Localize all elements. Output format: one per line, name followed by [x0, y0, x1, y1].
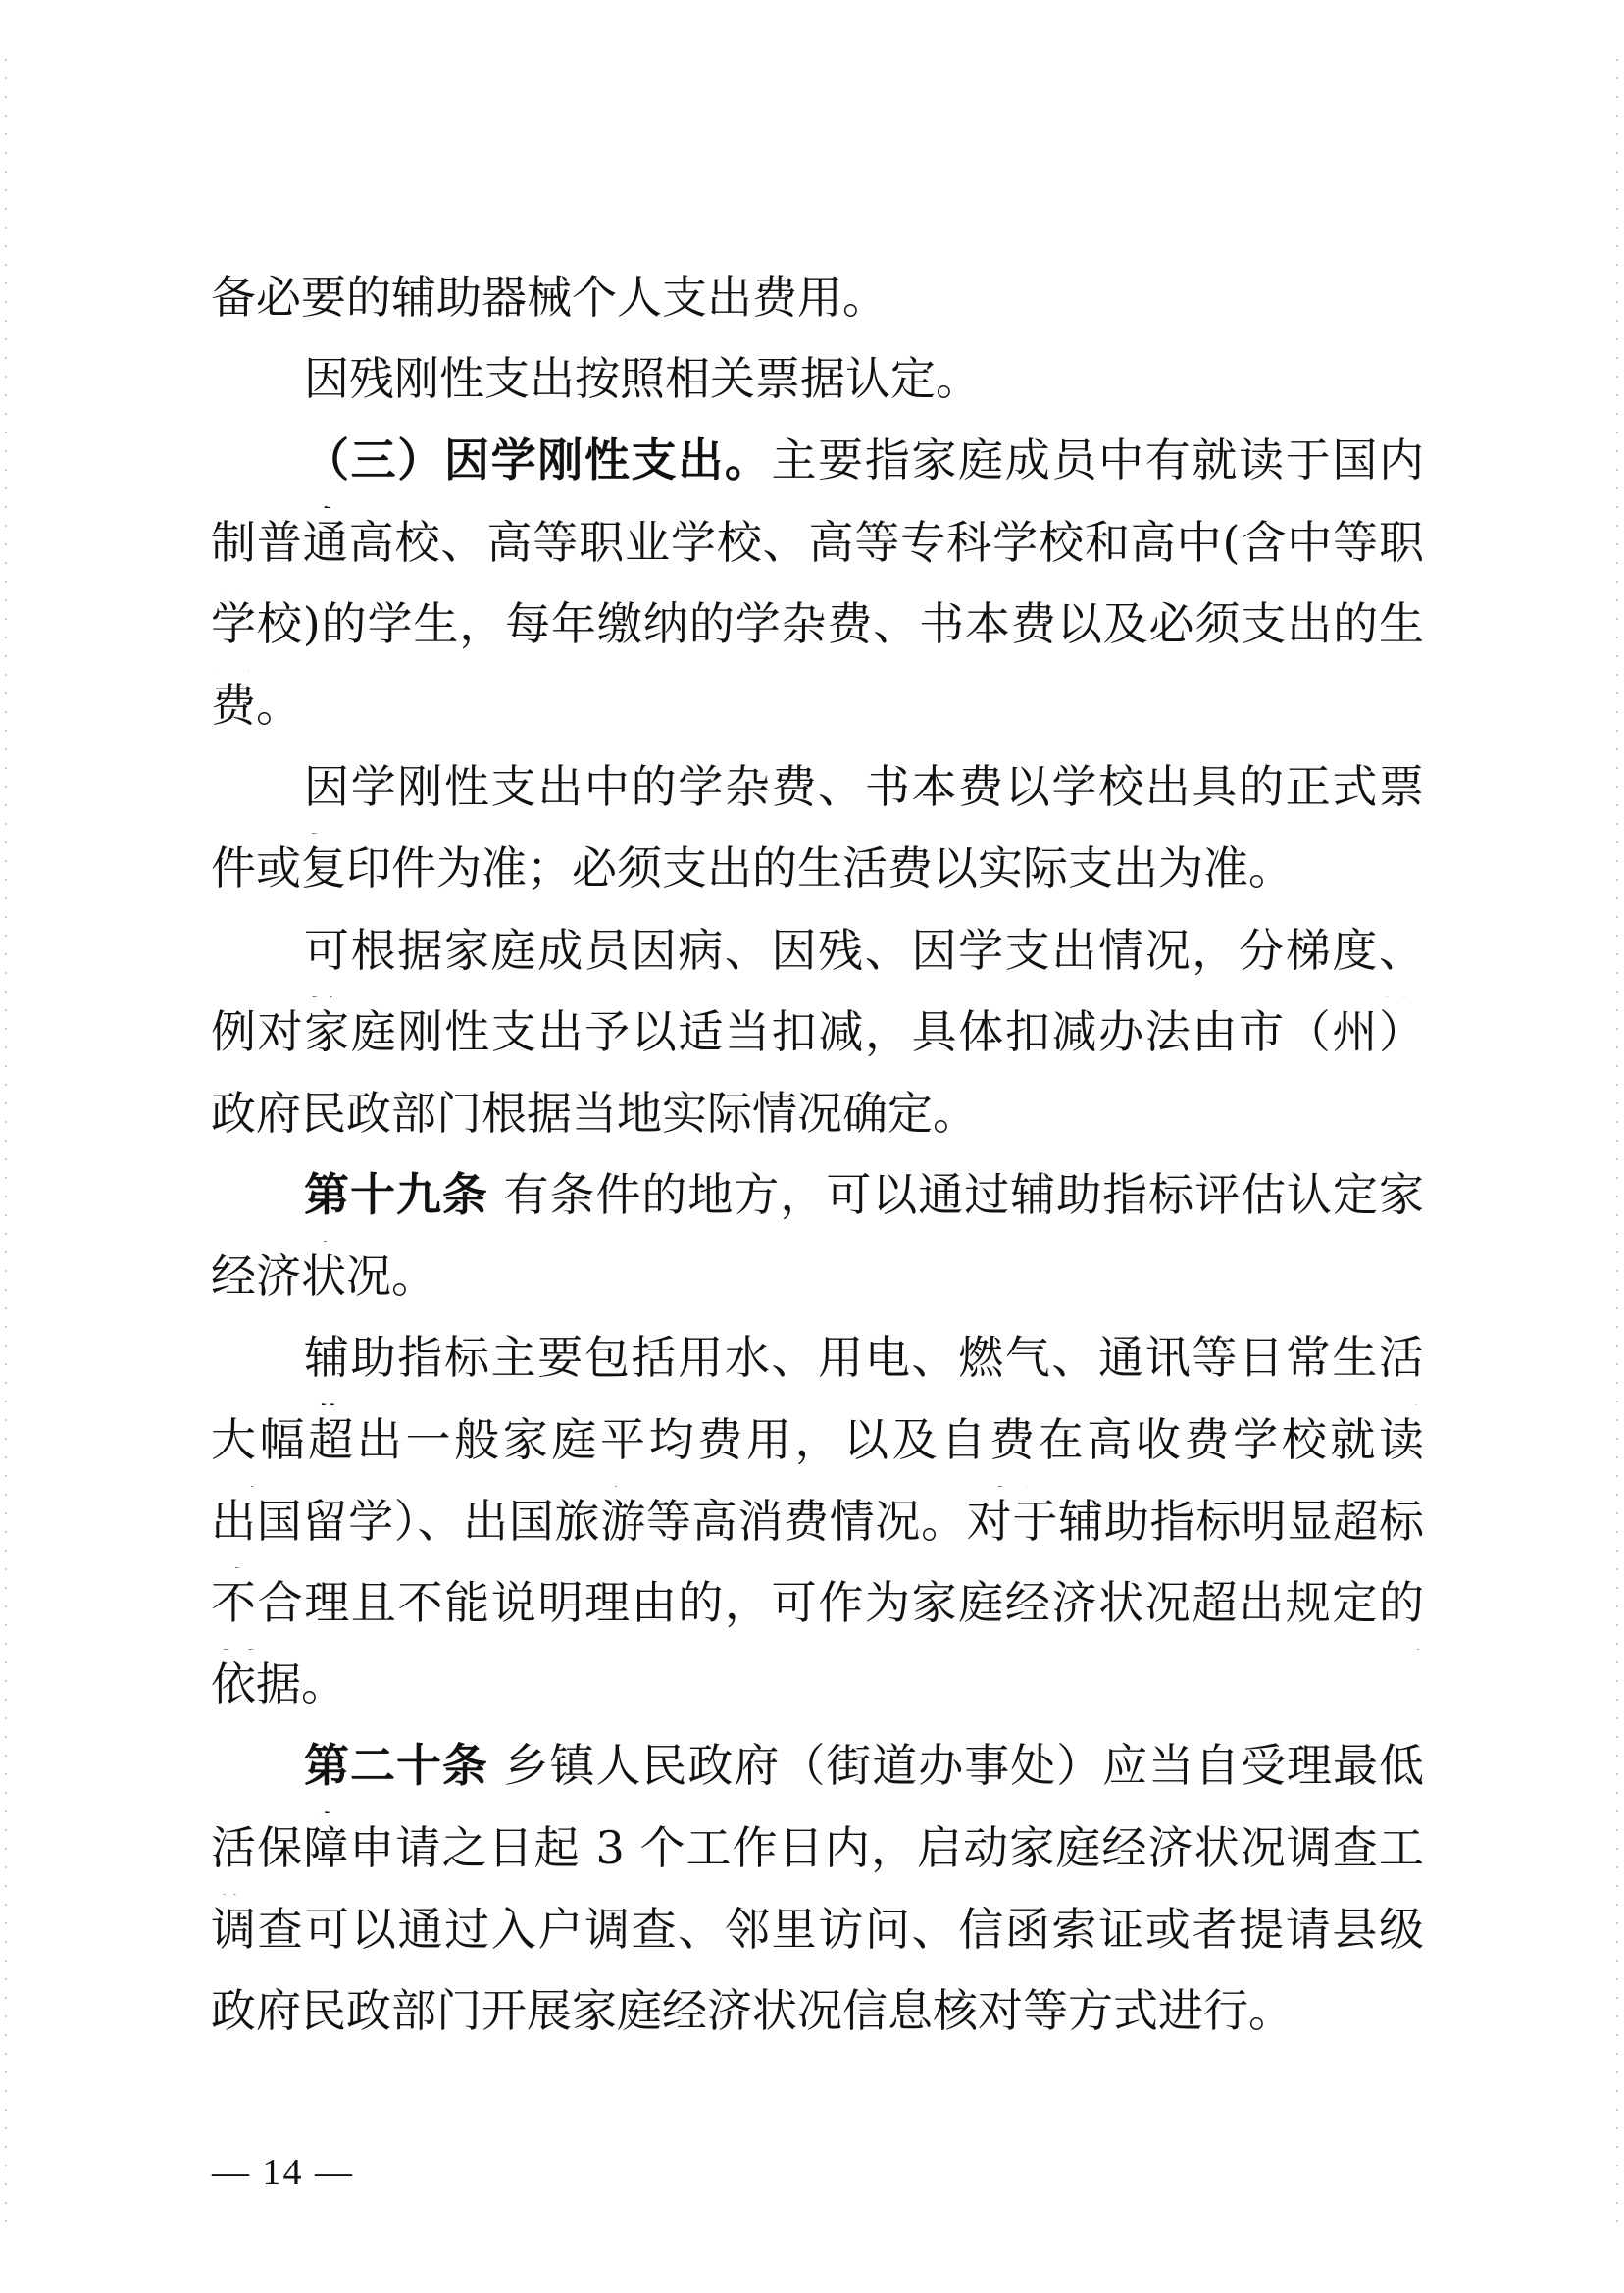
section-heading: （三）因学刚性支出。 [304, 433, 772, 486]
scan-edge-artifact-right [1616, 59, 1618, 2236]
paragraph-line: 件或复印件为准；必须支出的生活费以实际支出为准。 [211, 834, 1424, 915]
paragraph-line: 经济状况。 [211, 1242, 1424, 1323]
paragraph-line: 费。 [211, 671, 1424, 752]
paragraph-line: 不合理且不能说明理由的，可作为家庭经济状况超出规定的判断 [211, 1568, 1424, 1650]
paragraph-line: 政府民政部门开展家庭经济状况信息核对等方式进行。 [211, 1976, 1424, 2058]
paragraph-line: 可根据家庭成员因病、因残、因学支出情况，分梯度、按比 [211, 916, 1424, 997]
paragraph-line: 例对家庭刚性支出予以适当扣减，具体扣减办法由市（州）人民 [211, 997, 1424, 1079]
document-body: 备必要的辅助器械个人支出费用。 因残刚性支出按照相关票据认定。 （三）因学刚性支… [211, 263, 1424, 2058]
paragraph-line: 政府民政部门根据当地实际情况确定。 [211, 1079, 1424, 1160]
paragraph-line: 因残刚性支出按照相关票据认定。 [211, 344, 1424, 426]
paragraph-line: 因学刚性支出中的学杂费、书本费以学校出具的正式票据原 [211, 752, 1424, 834]
paragraph-line: 备必要的辅助器械个人支出费用。 [211, 263, 1424, 344]
scan-edge-artifact-left [5, 59, 7, 2236]
section-heading-line: （三）因学刚性支出。主要指家庭成员中有就读于国内全日 [211, 426, 1424, 507]
article-number: 第二十条 [304, 1739, 488, 1792]
article-number: 第十九条 [304, 1168, 488, 1221]
article-heading-line: 第二十条 乡镇人民政府（街道办事处）应当自受理最低生 [211, 1731, 1424, 1812]
paragraph-line: 辅助指标主要包括用水、用电、燃气、通讯等日常生活费用 [211, 1323, 1424, 1404]
document-page: 备必要的辅助器械个人支出费用。 因残刚性支出按照相关票据认定。 （三）因学刚性支… [0, 0, 1624, 2293]
article-heading-line: 第十九条 有条件的地方，可以通过辅助指标评估认定家庭 [211, 1160, 1424, 1242]
paragraph-line: 大幅超出一般家庭平均费用，以及自费在高收费学校就读（入托、 [211, 1405, 1424, 1487]
paragraph-line: 制普通高校、高等职业学校、高等专科学校和高中(含中等职业 [211, 508, 1424, 589]
paragraph-line: 学校)的学生，每年缴纳的学杂费、书本费以及必须支出的生活 [211, 589, 1424, 671]
paragraph-line: 依据。 [211, 1650, 1424, 1731]
paragraph-line: 出国留学）、出国旅游等高消费情况。对于辅助指标明显超标或 [211, 1487, 1424, 1568]
paragraph-line: 活保障申请之日起 3 个工作日内，启动家庭经济状况调查工作。 [211, 1813, 1424, 1895]
page-number: — 14 — [212, 2148, 354, 2197]
paragraph-line: 调查可以通过入户调查、邻里访问、信函索证或者提请县级人民 [211, 1895, 1424, 1976]
